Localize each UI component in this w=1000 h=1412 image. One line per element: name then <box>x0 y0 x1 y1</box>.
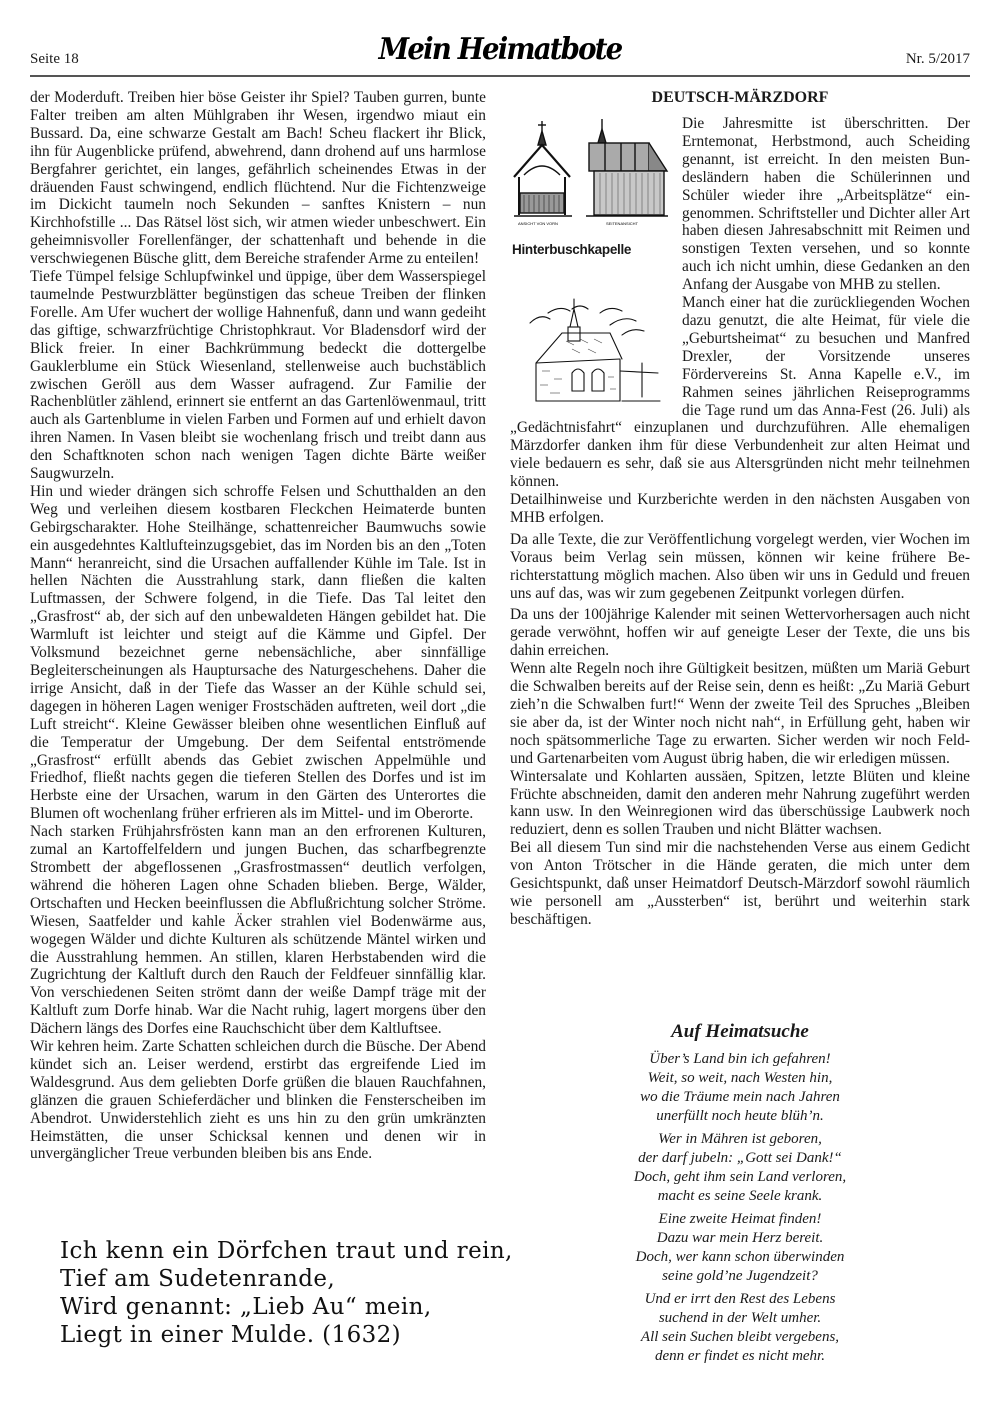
left-column-article: der Moderduft. Treiben hier böse Geister… <box>30 89 486 1163</box>
paragraph: Bei all diesem Tun sind mir die nachsteh… <box>510 839 970 929</box>
paragraph: Hin und wieder drängen sich schroffe Fel… <box>30 483 486 823</box>
figure-caption: Hinterbuschkapelle <box>512 241 631 259</box>
chapel-drawing-figure: ANSICHT VON VORN SEITENANSICHT Hinterbus… <box>510 115 670 263</box>
poem-line: wo die Träume mein nach Jahren <box>580 1088 900 1107</box>
poem-line: Weit, so weit, nach Westen hin, <box>580 1069 900 1088</box>
chapel-drawing-icon: ANSICHT VON VORN SEITENANSICHT <box>510 115 670 235</box>
poem-stanza: Eine zweite Heimat finden! Dazu war mein… <box>580 1210 900 1286</box>
paragraph: Da uns der 100jährige Kalender mit seine… <box>510 606 970 660</box>
poem-line: Wer in Mähren ist geboren, <box>580 1130 900 1149</box>
poem-line: seine gold’ne Jugendzeit? <box>580 1267 900 1286</box>
poem-line: All sein Suchen bleibt vergebens, <box>580 1328 900 1347</box>
paragraph: Da alle Texte, die zur Veröffentlichung … <box>510 531 970 603</box>
paragraph: der Moderduft. Treiben hier böse Geister… <box>30 89 486 268</box>
header-divider <box>30 75 970 77</box>
poem-line: unerfüllt noch heute blüh’n. <box>580 1107 900 1126</box>
poem-line: Doch, wer kann schon überwinden <box>580 1248 900 1267</box>
verse-line: Ich kenn ein Dörfchen traut und rein, <box>60 1237 480 1265</box>
poem-line: Eine zweite Heimat finden! <box>580 1210 900 1229</box>
page-header: Seite 18 Mein Heimatbote Nr. 5/2017 <box>30 28 970 74</box>
side-view-label: SEITENANSICHT <box>606 221 639 226</box>
section-title: DEUTSCH-MÄRZDORF <box>510 89 970 107</box>
poem-title: Auf Heimatsuche <box>580 1020 900 1044</box>
church-sketch-icon <box>510 293 670 403</box>
right-column-article: DEUTSCH-MÄRZDORF ANSICHT VON VORN <box>510 89 970 929</box>
poem-line: Dazu war mein Herz bereit. <box>580 1229 900 1248</box>
issue-number: Nr. 5/2017 <box>906 51 970 68</box>
front-view-label: ANSICHT VON VORN <box>518 221 558 226</box>
poem-line: Über’s Land bin ich gefahren! <box>580 1050 900 1069</box>
poem-line: Und er irrt den Rest des Lebens <box>580 1290 900 1309</box>
poem-auf-heimatsuche: Auf Heimatsuche Über’s Land bin ich gefa… <box>580 1020 900 1370</box>
paragraph: Wenn alte Regeln noch ihre Gültigkeit be… <box>510 660 970 767</box>
masthead-logo: Mein Heimatbote <box>379 30 622 70</box>
poem-line: suchend in der Welt umher. <box>580 1309 900 1328</box>
poem-line: macht es seine Seele krank. <box>580 1187 900 1206</box>
paragraph: Detailhinweise und Kurzberichte werden i… <box>510 491 970 527</box>
poem-line: Doch, geht ihm sein Land verloren, <box>580 1168 900 1187</box>
fraktur-verse: Ich kenn ein Dörfchen traut und rein, Ti… <box>60 1237 480 1349</box>
page-number: Seite 18 <box>30 51 79 68</box>
poem-stanza: Über’s Land bin ich gefahren! Weit, so w… <box>580 1050 900 1126</box>
verse-line: Wird genannt: „Lieb Au“ mein, <box>60 1293 480 1321</box>
paragraph: Wir kehren heim. Zarte Schatten schleich… <box>30 1038 486 1163</box>
church-sketch-figure <box>510 263 670 413</box>
verse-line: Liegt in einer Mulde. (1632) <box>60 1321 480 1349</box>
paragraph: Wintersalate und Kohlarten aussäen, Spit… <box>510 768 970 840</box>
poem-line: der darf jubeln: „Gott sei Dank!“ <box>580 1149 900 1168</box>
poem-stanza: Und er irrt den Rest des Lebens suchend … <box>580 1290 900 1366</box>
poem-line: denn er findet es nicht mehr. <box>580 1347 900 1366</box>
paragraph: Tiefe Tümpel felsige Schlupfwinkel und ü… <box>30 268 486 483</box>
paragraph: Nach starken Frühjahrsfrösten kann man a… <box>30 823 486 1038</box>
verse-line: Tief am Sudetenrande, <box>60 1265 480 1293</box>
poem-stanza: Wer in Mähren ist geboren, der darf jube… <box>580 1130 900 1206</box>
